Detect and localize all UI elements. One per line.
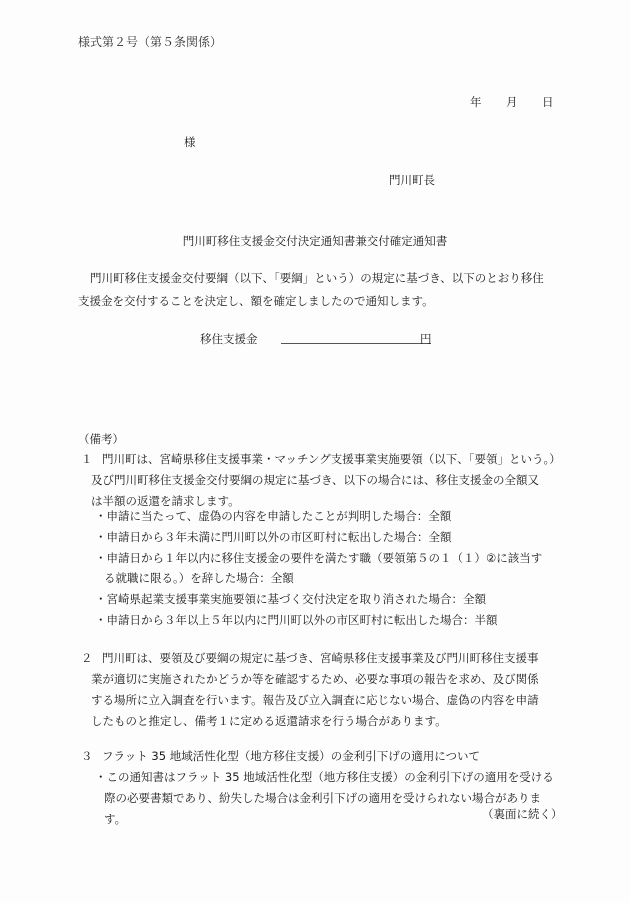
note-3-bullet-1-end: す。 — [104, 811, 126, 827]
note-2-number: ２ — [81, 650, 93, 666]
note-1-line-1: 門川町は、宮崎県移住支援事業・マッチング支援事業実施要領（以下、「要領」という。… — [102, 451, 561, 467]
note-3-bullet-1: ・この通知書はフラット 35 地域活性化型（地方移住支援）の金利引下げの適用を受… — [95, 769, 554, 785]
document-title: 門川町移住支援金交付決定通知書兼交付確定通知書 — [0, 233, 630, 249]
date-year-label: 年 — [470, 94, 482, 110]
amount-label: 移住支援金 — [200, 331, 258, 347]
note-3-number: ３ — [81, 748, 93, 764]
date-day-label: 日 — [542, 94, 554, 110]
addressee-suffix: 様 — [184, 134, 196, 150]
note-1-bullet-4: ・宮崎県起業支援事業実施要領に基づく交付決定を取り消された場合：全額 — [95, 591, 486, 607]
form-number: 様式第２号（第５条関係） — [78, 33, 222, 50]
note-2-line-3: する場所に立入調査を行います。報告及び立入調査に応じない場合、虚偽の内容を申請 — [91, 692, 539, 708]
notes-heading: （備考） — [78, 431, 124, 447]
intro-line-2: 支援金を交付することを決定し、額を確定しましたので通知します。 — [78, 293, 434, 309]
note-1-number: １ — [81, 451, 93, 467]
note-2-line-2: 業が適切に実施されたかどうか等を確認するため、必要な事項の報告を求め、及び関係 — [91, 671, 539, 687]
amount-unit: 円 — [420, 331, 432, 347]
note-1-bullet-1: ・申請に当たって、虚偽の内容を申請したことが判明した場合：全額 — [95, 508, 451, 524]
note-1-line-3: は半額の返還を請求します。 — [91, 493, 240, 509]
note-2-line-1: 門川町は、要領及び要綱の規定に基づき、宮崎県移住支援事業及び門川町移住支援事 — [102, 650, 539, 666]
date-month-label: 月 — [506, 94, 518, 110]
note-1-line-2: 及び門川町移住支援金交付要綱の規定に基づき、以下の場合には、移住支援金の全額又 — [91, 472, 539, 488]
note-1-bullet-3: ・申請日から１年以内に移住支援金の要件を満たす職（要領第５の１（１）②に該当す — [95, 550, 542, 566]
note-1-bullet-5: ・申請日から３年以上５年以内に門川町以外の市区町村に転出した場合：半額 — [95, 612, 498, 628]
continued-on-back: （裏面に続く） — [482, 806, 563, 822]
issuer-name: 門川町長 — [389, 172, 435, 188]
note-2-line-4: したものと推定し、備考１に定める返還請求を行う場合があります。 — [91, 713, 447, 729]
note-1-bullet-3-cont: る就職に限る。）を辞した場合：全額 — [104, 570, 294, 586]
note-1-bullet-2: ・申請日から３年未満に門川町以外の市区町村に転出した場合：全額 — [95, 529, 452, 545]
amount-field-underline — [281, 343, 431, 344]
note-3-bullet-1-cont: 際の必要書類であり、紛失した場合は金利引下げの適用を受けられない場合がありま — [104, 790, 541, 806]
intro-line-1: 門川町移住支援金交付要綱（以下、「要綱」という）の規定に基づき、以下のとおり移住 — [90, 270, 544, 286]
note-3-heading: フラット 35 地域活性化型（地方移住支援）の金利引下げの適用について — [102, 748, 480, 764]
